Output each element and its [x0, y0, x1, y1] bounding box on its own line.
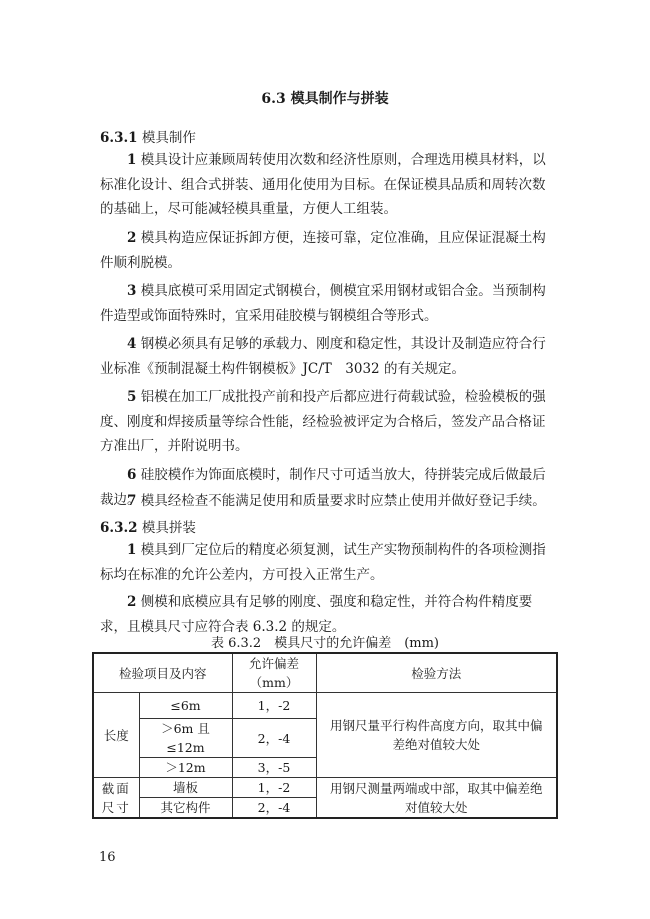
tolerance-table: 检验项目及内容 允许偏差（mm） 检验方法 长度 ≤6m 1，-2 用钢尺量平行… [92, 652, 558, 819]
clause-number: 6 [127, 467, 136, 483]
clause-text: 模具构造应保证拆卸方便，连接可靠，定位准确，且应保证混凝土构件顺利脱模。 [100, 230, 546, 271]
subsection-number: 6.3.1 [100, 130, 138, 146]
row-content: 其它构件 [139, 798, 232, 819]
clause-number: 7 [127, 493, 136, 509]
table-header-row: 检验项目及内容 允许偏差（mm） 检验方法 [93, 653, 557, 693]
clause-number: 1 [127, 152, 136, 168]
row-tolerance: 1，-2 [232, 778, 316, 798]
document-page: 6.3 模具制作与拼装 6.3.1 模具制作 1 模具设计应兼顾周转使用次数和经… [0, 0, 650, 919]
clause-number: 2 [127, 230, 136, 246]
clause-3: 3 模具底模可采用固定式钢模台，侧模宜采用钢材或铝合金。当预制构件造型或饰面特殊… [100, 279, 556, 328]
clause-2: 2 模具构造应保证拆卸方便，连接可靠，定位准确，且应保证混凝土构件顺利脱模。 [100, 226, 556, 275]
group-name: 长度 [93, 693, 139, 778]
subsection-title-text: 模具制作 [142, 130, 196, 146]
header-method: 检验方法 [316, 653, 557, 693]
clause-text: 模具经检查不能满足使用和质量要求时应禁止使用并做好登记手续。 [141, 493, 546, 509]
subsection-title-text: 模具拼装 [142, 520, 196, 536]
subsection-title-6-3-1: 6.3.1 模具制作 [100, 126, 196, 146]
subsection-title-6-3-2: 6.3.2 模具拼装 [100, 516, 196, 536]
clause-1: 1 模具设计应兼顾周转使用次数和经济性原则，合理选用模具材料，以标准化设计、组合… [100, 148, 556, 222]
row-tolerance: 3，-5 [232, 758, 316, 778]
clause-number: 4 [127, 336, 136, 352]
clause-5: 5 铝模在加工厂成批投产前和投产后都应进行荷载试验，检验模板的强度、刚度和焊接质… [100, 385, 556, 459]
row-content: 墙板 [139, 778, 232, 798]
table-row: 截面尺寸 墙板 1，-2 用钢尺测量两端或中部，取其中偏差绝对值较大处 [93, 778, 557, 798]
row-tolerance: 1，-2 [232, 693, 316, 719]
row-tolerance: 2，-4 [232, 719, 316, 758]
group-method: 用钢尺测量两端或中部，取其中偏差绝对值较大处 [316, 778, 557, 819]
subsection-number: 6.3.2 [100, 520, 138, 536]
header-tolerance: 允许偏差（mm） [232, 653, 316, 693]
clause-text: 侧模和底模应具有足够的刚度、强度和稳定性，并符合构件精度要求，且模具尺寸应符合表… [100, 594, 532, 635]
clause-1: 1 模具到厂定位后的精度必须复测，试生产实物预制构件的各项检测指标均在标准的允许… [100, 538, 556, 587]
clause-number: 1 [127, 542, 136, 558]
section-title: 6.3 模具制作与拼装 [0, 88, 650, 108]
clause-number: 3 [127, 283, 136, 299]
row-content: ＞6m 且≤12m [139, 719, 232, 758]
header-item: 检验项目及内容 [93, 653, 232, 693]
row-content: ＞12m [139, 758, 232, 778]
clause-4: 4 钢模必须具有足够的承载力、刚度和稳定性，其设计及制造应符合行业标准《预制混凝… [100, 332, 556, 381]
table-caption: 表 6.3.2 模具尺寸的允许偏差 (mm) [0, 632, 650, 651]
row-content: ≤6m [139, 693, 232, 719]
clause-7: 7 模具经检查不能满足使用和质量要求时应禁止使用并做好登记手续。 [100, 489, 556, 514]
table-row: 长度 ≤6m 1，-2 用钢尺量平行构件高度方向，取其中偏差绝对值较大处 [93, 693, 557, 719]
clause-text: 铝模在加工厂成批投产前和投产后都应进行荷载试验，检验模板的强度、刚度和焊接质量等… [100, 389, 546, 454]
clause-text: 钢模必须具有足够的承载力、刚度和稳定性，其设计及制造应符合行业标准《预制混凝土构… [100, 336, 546, 377]
clause-text: 模具到厂定位后的精度必须复测，试生产实物预制构件的各项检测指标均在标准的允许公差… [100, 542, 546, 583]
clause-number: 5 [127, 389, 136, 405]
group-name: 截面尺寸 [93, 778, 139, 819]
section-title-text: 模具制作与拼装 [291, 91, 389, 107]
group-method: 用钢尺量平行构件高度方向，取其中偏差绝对值较大处 [316, 693, 557, 778]
page-number: 16 [99, 850, 116, 865]
clause-text: 模具底模可采用固定式钢模台，侧模宜采用钢材或铝合金。当预制构件造型或饰面特殊时，… [100, 283, 546, 324]
section-number: 6.3 [261, 91, 285, 107]
clause-text: 模具设计应兼顾周转使用次数和经济性原则，合理选用模具材料，以标准化设计、组合式拼… [100, 152, 546, 217]
clause-number: 2 [127, 594, 136, 610]
row-tolerance: 2，-4 [232, 798, 316, 819]
